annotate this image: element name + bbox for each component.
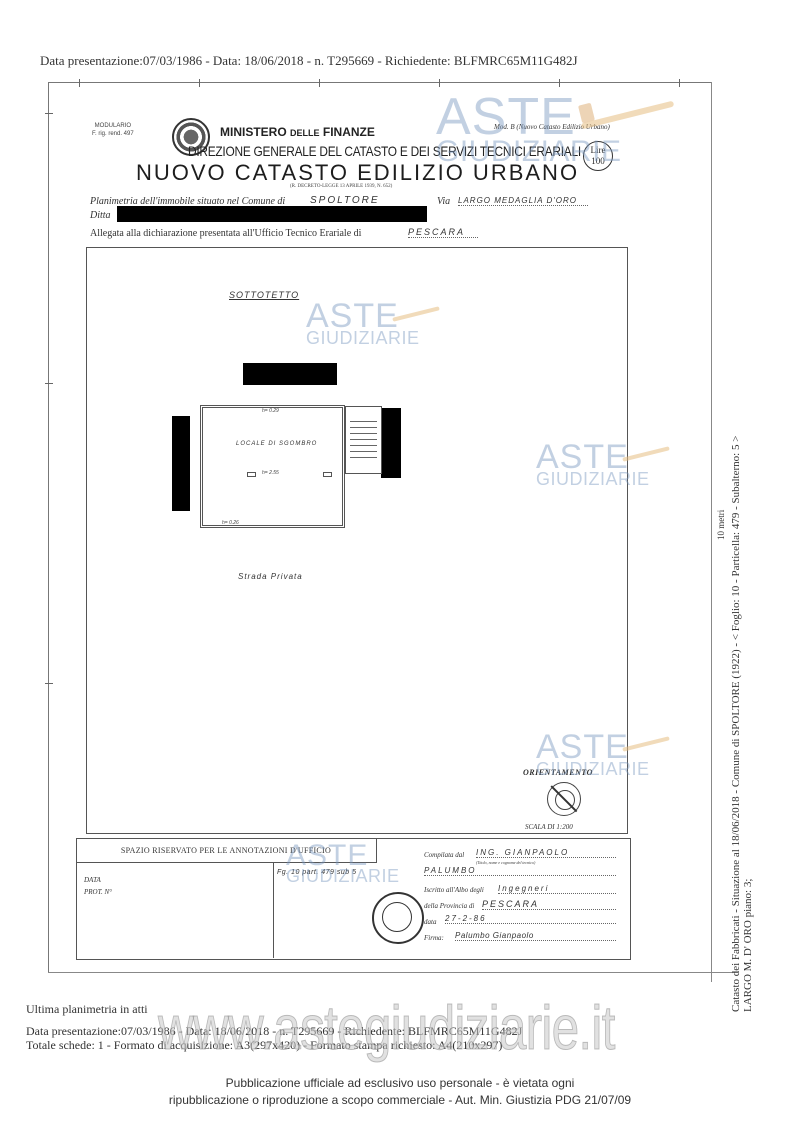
- side-cadastral-line: Catasto dei Fabbricati - Situazione al 1…: [730, 436, 742, 1012]
- engineer-seal-icon: [372, 892, 424, 944]
- room-label: LOCALE DI SGOMBRO: [236, 441, 317, 447]
- redacted-block-left: [172, 416, 190, 511]
- street-label: Strada Privata: [238, 572, 303, 581]
- scale-label: SCALA DI 1:200: [525, 823, 573, 831]
- compilata-label: Compilata dal: [424, 851, 464, 859]
- height-bottom-label: h= 0.26: [222, 520, 239, 526]
- disclaimer: Pubblicazione ufficiale ad esclusivo uso…: [0, 1075, 800, 1109]
- data2-label: data: [424, 918, 436, 926]
- signature: Palumbo Gianpaolo: [455, 931, 616, 941]
- floor-level-label: SOTTOTETTO: [229, 290, 299, 300]
- vent-left-icon: [247, 472, 256, 477]
- frame-right-edge: [711, 82, 712, 982]
- modulario-label: MODULARIO F. rig. rend. 497: [92, 122, 134, 138]
- height-top-label: h= 0.29: [262, 408, 279, 414]
- ultima-label: Ultima planimetria in atti: [26, 1002, 148, 1017]
- height-mid-label: h= 2.55: [262, 470, 279, 476]
- via-value: LARGO MEDAGLIA D'ORO: [458, 196, 588, 206]
- watermark-url: www.astegiudiziarie.it: [158, 993, 615, 1064]
- side-address-line: LARGO M. D' ORO piano: 3;: [742, 879, 754, 1012]
- firma-label: Firma:: [424, 934, 444, 942]
- annotations-office-cell: [76, 863, 274, 958]
- frame-bottom-edge: [48, 972, 738, 973]
- watermark-logo-1: ASTEGIUDIZIARIE: [436, 95, 622, 165]
- vent-right-icon: [323, 472, 332, 477]
- prot-label: PROT. N°: [84, 888, 112, 896]
- watermark-logo-2: ASTEGIUDIZIARIE: [306, 302, 420, 346]
- compilata-hint: (Titolo, nome e cognome del tecnico): [476, 860, 535, 865]
- provincia-value: PESCARA: [482, 899, 616, 910]
- provincia-label: della Provincia di: [424, 902, 474, 910]
- ditta-label: Ditta: [90, 210, 111, 221]
- watermark-logo-3: ASTEGIUDIZIARIE: [536, 443, 650, 487]
- redacted-block-right: [381, 408, 401, 478]
- data2-value: 27-2-86: [445, 914, 616, 924]
- document-header-line: Data presentazione:07/03/1986 - Data: 18…: [40, 53, 578, 69]
- compilata-value: ING. GIANPAOLO: [476, 848, 616, 858]
- compilata-surname: PALUMBO: [424, 866, 616, 876]
- decree-reference: (R. DECRETO-LEGGE 13 APRILE 1939, N. 652…: [290, 184, 392, 189]
- iscritto-value: Ingegneri: [498, 884, 616, 894]
- staircase: [344, 406, 382, 474]
- redacted-block-top: [243, 363, 337, 385]
- ministry-name: MINISTERO DELLE FINANZE: [220, 125, 375, 139]
- side-scale-note: 10 metri: [716, 510, 726, 540]
- allegata-label: Allegata alla dichiarazione presentata a…: [90, 228, 361, 239]
- ufficio-value: PESCARA: [408, 227, 478, 238]
- room-outline: [200, 405, 345, 528]
- data-label: DATA: [84, 876, 101, 884]
- redacted-owner: [117, 206, 427, 222]
- via-label: Via: [437, 196, 450, 207]
- watermark-logo-4: ASTEGIUDIZIARIE: [536, 733, 650, 777]
- iscritto-label: Iscritto all'Albo degli: [424, 886, 484, 894]
- north-compass-icon: [547, 782, 581, 816]
- watermark-logo-5: ASTEGIUDIZIARIE: [286, 843, 400, 884]
